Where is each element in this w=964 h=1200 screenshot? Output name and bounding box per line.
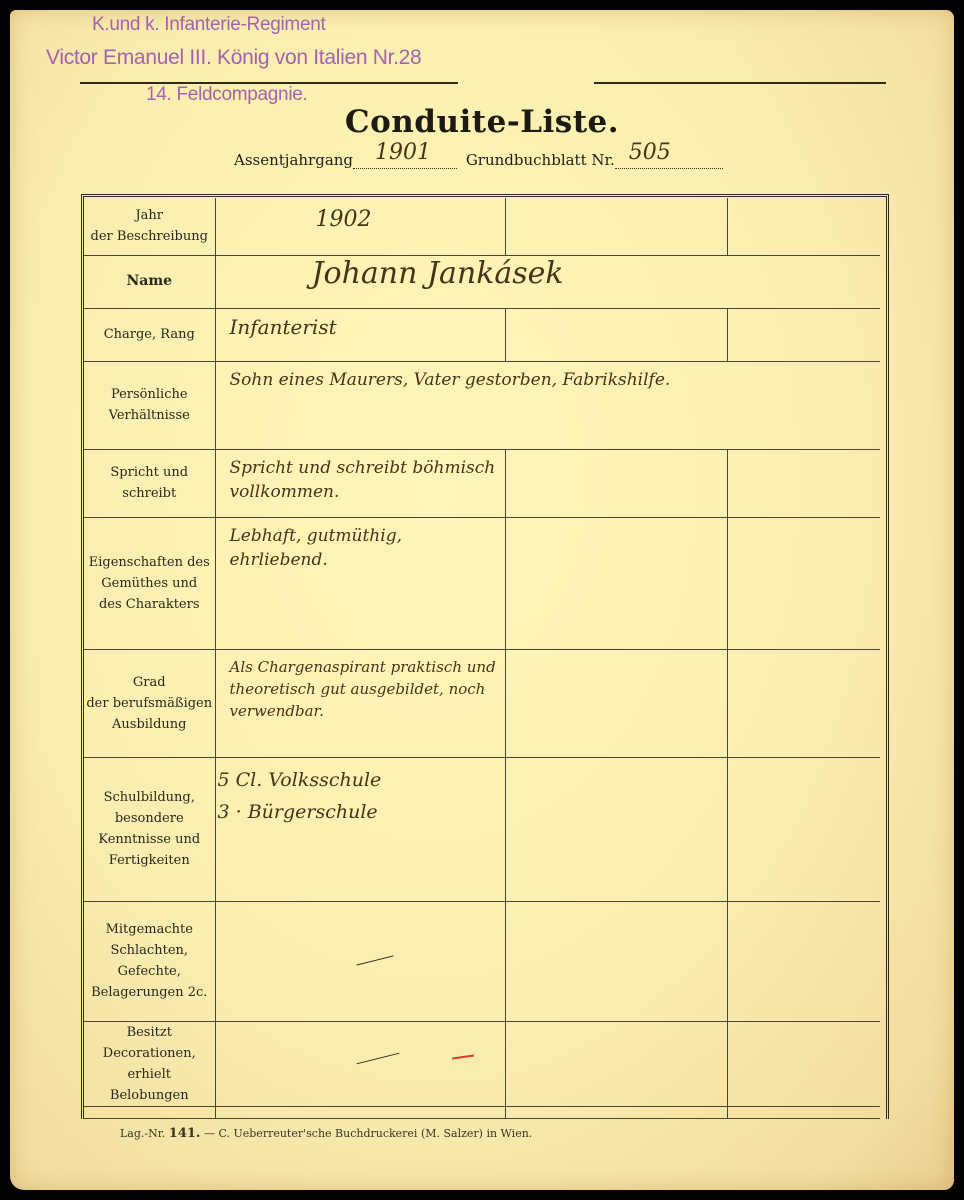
tail-cell <box>727 1106 880 1118</box>
assentjahrgang-value: 1901 <box>375 140 431 165</box>
grundbuchblatt-label: Grundbuchblatt Nr. <box>466 151 615 169</box>
header-fields: Assentjahrgang1901 Grundbuchblatt Nr.505 <box>234 150 723 169</box>
row-entry[interactable]: Sohn eines Maurers, Vater gestorben, Fab… <box>215 361 880 449</box>
empty-cell[interactable] <box>727 198 880 255</box>
empty-cell[interactable] <box>505 308 727 361</box>
tail-cell <box>84 1106 215 1118</box>
regiment-stamp-line3: 14. Feldcompagnie. <box>146 84 307 106</box>
empty-cell[interactable] <box>505 517 727 649</box>
row-entry[interactable]: Johann Jankásek <box>215 255 880 308</box>
row-label: Charge, Rang <box>84 308 215 361</box>
page-title: Conduite-Liste. <box>0 104 964 140</box>
empty-cell[interactable] <box>727 449 880 517</box>
row-entry[interactable]: 1902 <box>215 198 505 255</box>
empty-cell[interactable] <box>505 757 727 901</box>
empty-cell[interactable] <box>505 198 727 255</box>
printer-footer: Lag.-Nr. 141. — C. Ueberreuter'sche Buch… <box>120 1126 532 1141</box>
row-label: Jahr der Beschreibung <box>84 198 215 255</box>
grundbuchblatt-field[interactable]: 505 <box>615 150 723 169</box>
table-row: Besitzt Decorationen, erhielt Belobungen <box>84 1021 880 1106</box>
row-entry[interactable] <box>215 901 505 1021</box>
row-label: Besitzt Decorationen, erhielt Belobungen <box>84 1021 215 1106</box>
table-row: Charge, Rang Infanterist <box>84 308 880 361</box>
conduct-table: Jahr der Beschreibung 1902 Name Johann J… <box>84 198 880 1119</box>
table-row: Jahr der Beschreibung 1902 <box>84 198 880 255</box>
entry-training: Als Chargenaspirant praktisch und theore… <box>216 650 505 722</box>
table-row: Persönliche Verhältnisse Sohn eines Maur… <box>84 361 880 449</box>
grundbuchblatt-value: 505 <box>629 140 671 165</box>
dash-mark <box>356 955 393 965</box>
empty-cell[interactable] <box>505 1021 727 1106</box>
empty-cell[interactable] <box>727 757 880 901</box>
empty-cell[interactable] <box>727 649 880 757</box>
entry-education: 5 Cl. Volksschule 3 · Bürgerschule <box>216 758 505 828</box>
empty-cell[interactable] <box>727 901 880 1021</box>
dash-mark <box>356 1052 399 1064</box>
tail-cell <box>505 1106 727 1118</box>
printer-imprint: — C. Ueberreuter'sche Buchdruckerei (M. … <box>204 1127 532 1140</box>
empty-cell[interactable] <box>727 308 880 361</box>
empty-cell[interactable] <box>727 1021 880 1106</box>
table-row: Mitgemachte Schlachten, Gefechte, Belage… <box>84 901 880 1021</box>
header-rule-left <box>80 82 458 84</box>
row-label: Persönliche Verhältnisse <box>84 361 215 449</box>
entry-year: 1902 <box>216 198 505 232</box>
assentjahrgang-field[interactable]: 1901 <box>353 150 457 169</box>
entry-languages: Spricht und schreibt böhmisch vollkommen… <box>216 450 505 504</box>
table-row: Spricht und schreibt Spricht und schreib… <box>84 449 880 517</box>
assentjahrgang-label: Assentjahrgang <box>234 151 353 169</box>
entry-name: Johann Jankásek <box>216 256 881 286</box>
row-entry[interactable]: Infanterist <box>215 308 505 361</box>
row-entry[interactable]: 5 Cl. Volksschule 3 · Bürgerschule <box>215 757 505 901</box>
empty-cell[interactable] <box>505 449 727 517</box>
regiment-stamp-line2: Victor Emanuel III. König von Italien Nr… <box>46 46 421 70</box>
empty-cell[interactable] <box>505 901 727 1021</box>
table-row: Name Johann Jankásek <box>84 255 880 308</box>
row-label: Schulbildung, besondere Kenntnisse und F… <box>84 757 215 901</box>
table-row: Grad der berufsmäßigen Ausbildung Als Ch… <box>84 649 880 757</box>
lag-number: 141. <box>169 1126 201 1141</box>
row-label: Spricht und schreibt <box>84 449 215 517</box>
table-row: Schulbildung, besondere Kenntnisse und F… <box>84 757 880 901</box>
row-label: Grad der berufsmäßigen Ausbildung <box>84 649 215 757</box>
empty-cell[interactable] <box>505 649 727 757</box>
row-label: Eigenschaften des Gemüthes und des Chara… <box>84 517 215 649</box>
entry-rank: Infanterist <box>216 309 505 339</box>
row-entry[interactable]: Als Chargenaspirant praktisch und theore… <box>215 649 505 757</box>
row-label: Name <box>84 255 215 308</box>
header-rule-right <box>594 82 886 84</box>
regiment-stamp-line1: K.und k. Infanterie-Regiment <box>92 14 325 36</box>
table-row: Eigenschaften des Gemüthes und des Chara… <box>84 517 880 649</box>
row-entry[interactable] <box>215 1021 505 1106</box>
row-label: Mitgemachte Schlachten, Gefechte, Belage… <box>84 901 215 1021</box>
entry-personal: Sohn eines Maurers, Vater gestorben, Fab… <box>216 362 881 392</box>
table-row-tail <box>84 1106 880 1118</box>
tail-cell <box>215 1106 505 1118</box>
entry-character: Lebhaft, gutmüthig, ehrliebend. <box>216 518 505 572</box>
row-entry[interactable]: Lebhaft, gutmüthig, ehrliebend. <box>215 517 505 649</box>
red-dash-mark <box>451 1054 473 1059</box>
empty-cell[interactable] <box>727 517 880 649</box>
lag-label: Lag.-Nr. <box>120 1127 165 1140</box>
row-entry[interactable]: Spricht und schreibt böhmisch vollkommen… <box>215 449 505 517</box>
